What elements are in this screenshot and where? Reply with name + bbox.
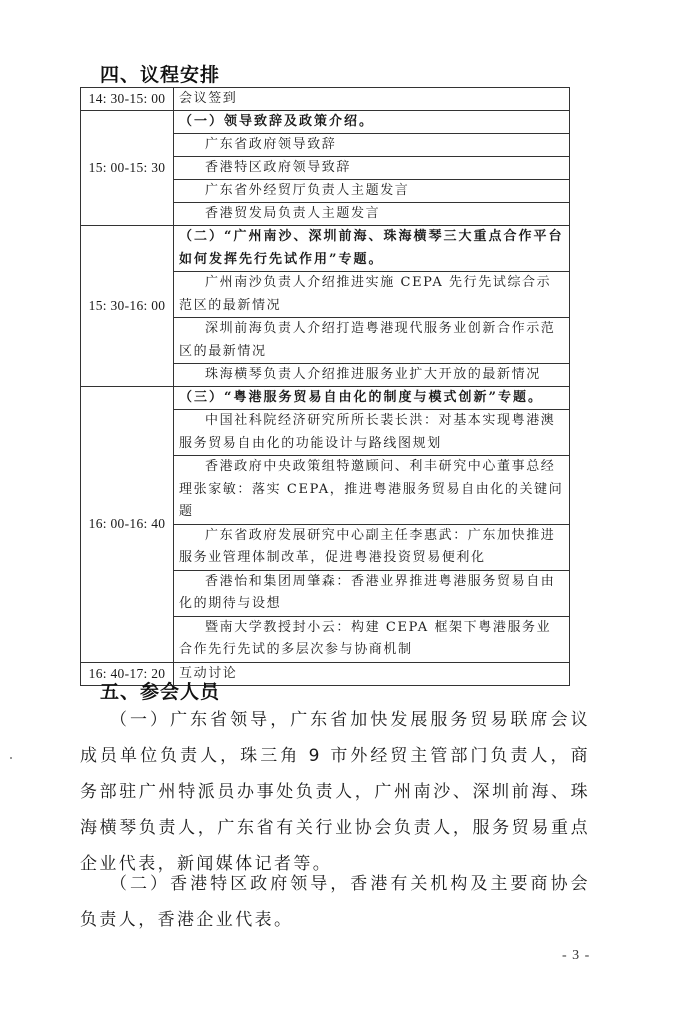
agenda-item: 香港特区政府领导致辞 [174,157,570,180]
agenda-item-text: 香港政府中央政策组特邀顾问、利丰研究中心董事总经理张家敏：落实 CEPA，推进粤… [179,456,564,524]
scan-artifact-dot [10,757,12,759]
agenda-item: 深圳前海负责人介绍打造粤港现代服务业创新合作示范区的最新情况 [174,318,570,364]
section-heading-attendees: 五、参会人员 [100,677,220,704]
agenda-item: 广东省政府领导致辞 [174,134,570,157]
page-number: - 3 - [562,948,590,964]
time-cell: 15: 00-15: 30 [81,111,174,226]
time-cell: 16: 00-16: 40 [81,387,174,663]
paragraph-text: （一）广东省领导，广东省加快发展服务贸易联席会议成员单位负责人，珠三角 9 市外… [80,710,590,874]
attendees-paragraph-1: （一）广东省领导，广东省加快发展服务贸易联席会议成员单位负责人，珠三角 9 市外… [80,702,590,882]
agenda-item: 香港政府中央政策组特邀顾问、利丰研究中心董事总经理张家敏：落实 CEPA，推进粤… [174,456,570,525]
agenda-item: 互动讨论 [174,662,570,685]
agenda-item-text: 广东省政府发展研究中心副主任李惠武：广东加快推进服务业管理体制改革，促进粤港投资… [179,525,564,570]
agenda-item-text: 香港怡和集团周肇森：香港业界推进粤港服务贸易自由化的期待与设想 [179,571,564,616]
table-row: 15: 00-15: 30 （一）领导致辞及政策介绍。 [81,111,570,134]
agenda-item-text: 广州南沙负责人介绍推进实施 CEPA 先行先试综合示范区的最新情况 [179,272,564,317]
time-cell: 15: 30-16: 00 [81,226,174,387]
agenda-topic-header: （三）“粤港服务贸易自由化的制度与模式创新”专题。 [174,387,570,410]
agenda-item: 香港怡和集团周肇森：香港业界推进粤港服务贸易自由化的期待与设想 [174,570,570,616]
paragraph-text: （二）香港特区政府领导，香港有关机构及主要商协会负责人，香港企业代表。 [80,874,590,930]
agenda-item: 广东省外经贸厅负责人主题发言 [174,180,570,203]
table-row: 15: 30-16: 00 （二）“广州南沙、深圳前海、珠海横琴三大重点合作平台… [81,226,570,272]
time-cell: 14: 30-15: 00 [81,88,174,111]
agenda-item: 广东省政府发展研究中心副主任李惠武：广东加快推进服务业管理体制改革，促进粤港投资… [174,524,570,570]
attendees-paragraph-2: （二）香港特区政府领导，香港有关机构及主要商协会负责人，香港企业代表。 [80,866,590,938]
table-row: 14: 30-15: 00 会议签到 [81,88,570,111]
table-row: 16: 00-16: 40 （三）“粤港服务贸易自由化的制度与模式创新”专题。 [81,387,570,410]
agenda-item: 珠海横琴负责人介绍推进服务业扩大开放的最新情况 [174,364,570,387]
agenda-item-text: 中国社科院经济研究所所长裴长洪：对基本实现粤港澳服务贸易自由化的功能设计与路线图… [179,410,564,455]
agenda-topic-header: （二）“广州南沙、深圳前海、珠海横琴三大重点合作平台如何发挥先行先试作用”专题。 [174,226,570,272]
agenda-item: 广州南沙负责人介绍推进实施 CEPA 先行先试综合示范区的最新情况 [174,272,570,318]
agenda-item: 中国社科院经济研究所所长裴长洪：对基本实现粤港澳服务贸易自由化的功能设计与路线图… [174,410,570,456]
agenda-item: 香港贸发局负责人主题发言 [174,203,570,226]
agenda-table: 14: 30-15: 00 会议签到 15: 00-15: 30 （一）领导致辞… [80,87,570,686]
agenda-topic-header: （一）领导致辞及政策介绍。 [174,111,570,134]
agenda-item: 会议签到 [174,88,570,111]
agenda-item-text: 深圳前海负责人介绍打造粤港现代服务业创新合作示范区的最新情况 [179,318,564,363]
agenda-item: 暨南大学教授封小云：构建 CEPA 框架下粤港服务业合作先行先试的多层次参与协商… [174,616,570,662]
agenda-item-text: 暨南大学教授封小云：构建 CEPA 框架下粤港服务业合作先行先试的多层次参与协商… [179,617,564,662]
section-heading-agenda: 四、议程安排 [100,60,220,87]
